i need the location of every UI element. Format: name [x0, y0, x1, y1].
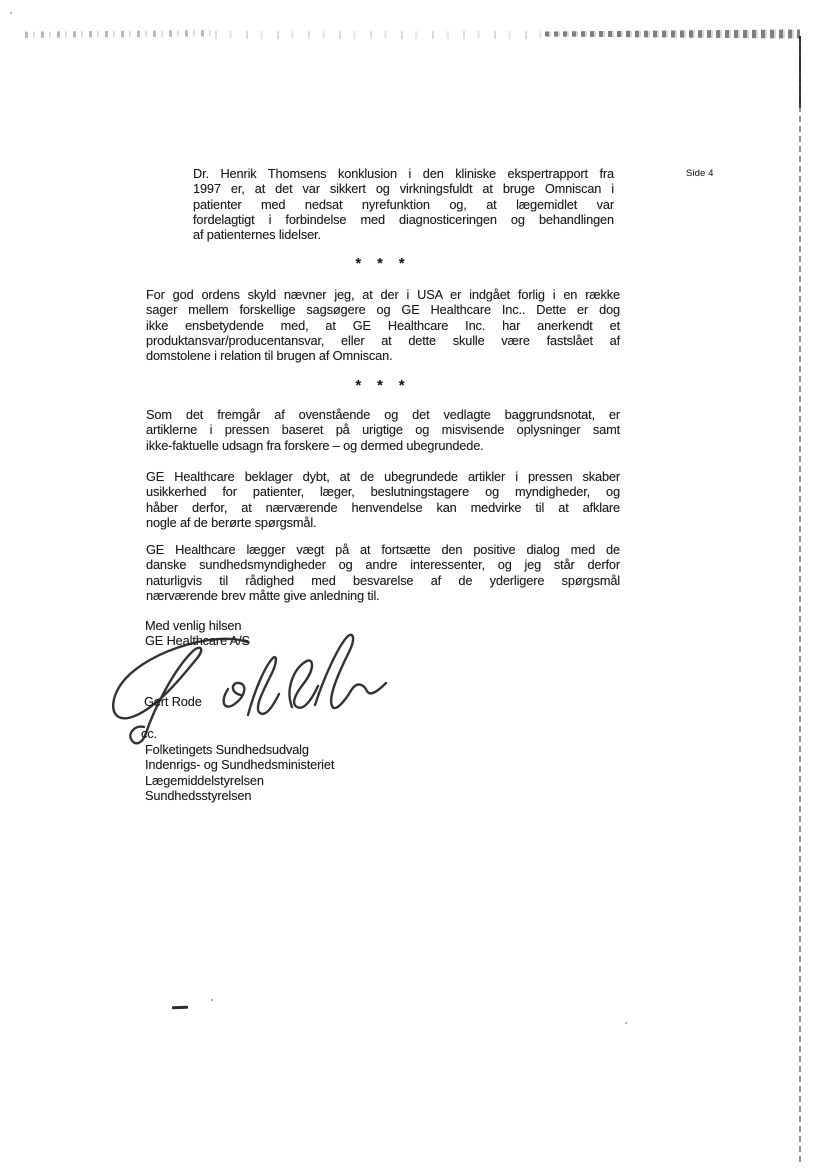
text-line: Dr. Henrik Thomsens konklusion i den kli… [193, 166, 614, 181]
text-line: produktansvar/producentansvar, eller at … [146, 333, 620, 348]
scan-noise-band [25, 30, 215, 38]
text-line: ikke-faktuelle udsagn fra forskere – og … [146, 438, 620, 453]
scan-edge-line [799, 36, 801, 1162]
text-line: sager mellem forskellige sagsøgere og GE… [146, 302, 620, 317]
text-line: GE Healthcare beklager dybt, at de ubegr… [146, 469, 620, 484]
text-line: Som det fremgår af ovenstående og det ve… [146, 407, 620, 422]
text-line: 1997 er, at det var sikkert og virknings… [193, 181, 614, 196]
text-line: danske sundhedsmyndigheder og andre inte… [146, 557, 620, 572]
text-line: For god ordens skyld nævner jeg, at der … [146, 287, 620, 302]
text-line: domstolene i relation til brugen af Omni… [146, 348, 620, 363]
text-line: fordelagtigt i forbindelse med diagnosti… [193, 212, 614, 227]
quote-paragraph: Dr. Henrik Thomsens konklusion i den kli… [193, 166, 614, 242]
text-line: usikkerhed for patienter, læger, beslutn… [146, 484, 620, 499]
signer-name: Gert Rode [144, 694, 344, 709]
scan-noise-band [215, 31, 545, 39]
text-line: Sundhedsstyrelsen [145, 788, 465, 803]
page-number-label: Side 4 [686, 168, 714, 179]
text-line: nogle af de berørte spørgsmål. [146, 515, 620, 530]
text-line: artiklerne i pressen baseret på urigtige… [146, 422, 620, 437]
scan-mark [172, 1006, 188, 1010]
scan-noise-band [545, 29, 800, 39]
text-line: håber derfor, at nærværende henvendelse … [146, 500, 620, 515]
asterisk-separator: * * * [146, 378, 620, 394]
scan-edge-line [799, 36, 801, 108]
text-line: ikke ensbetydende med, at GE Healthcare … [146, 318, 620, 333]
text-line: Folketingets Sundhedsudvalg [145, 742, 465, 757]
body-paragraph-3: GE Healthcare beklager dybt, at de ubegr… [146, 469, 620, 530]
scan-speck [625, 1022, 627, 1024]
text-line: Indenrigs- og Sundhedsministeriet [145, 757, 465, 772]
body-paragraph-1: For god ordens skyld nævner jeg, at der … [146, 287, 620, 363]
scan-speck [10, 12, 12, 14]
text-line: GE Healthcare lægger vægt på at fortsætt… [146, 542, 620, 557]
body-paragraph-4: GE Healthcare lægger vægt på at fortsætt… [146, 542, 620, 603]
cc-label: cc. [141, 726, 241, 741]
cc-recipient-list: Folketingets SundhedsudvalgIndenrigs- og… [145, 742, 465, 803]
text-line: naturligvis til rådighed med besvarelse … [146, 573, 620, 588]
text-line: nærværende brev måtte give anledning til… [146, 588, 620, 603]
text-line: patienter med nedsat nyrefunktion og, at… [193, 197, 614, 212]
letter-page: Side 4 Dr. Henrik Thomsens konklusion i … [0, 0, 825, 1168]
scan-speck [211, 999, 213, 1001]
text-line: Lægemiddelstyrelsen [145, 773, 465, 788]
body-paragraph-2: Som det fremgår af ovenstående og det ve… [146, 407, 620, 453]
asterisk-separator: * * * [146, 256, 620, 272]
text-line: af patienternes lidelser. [193, 227, 614, 242]
